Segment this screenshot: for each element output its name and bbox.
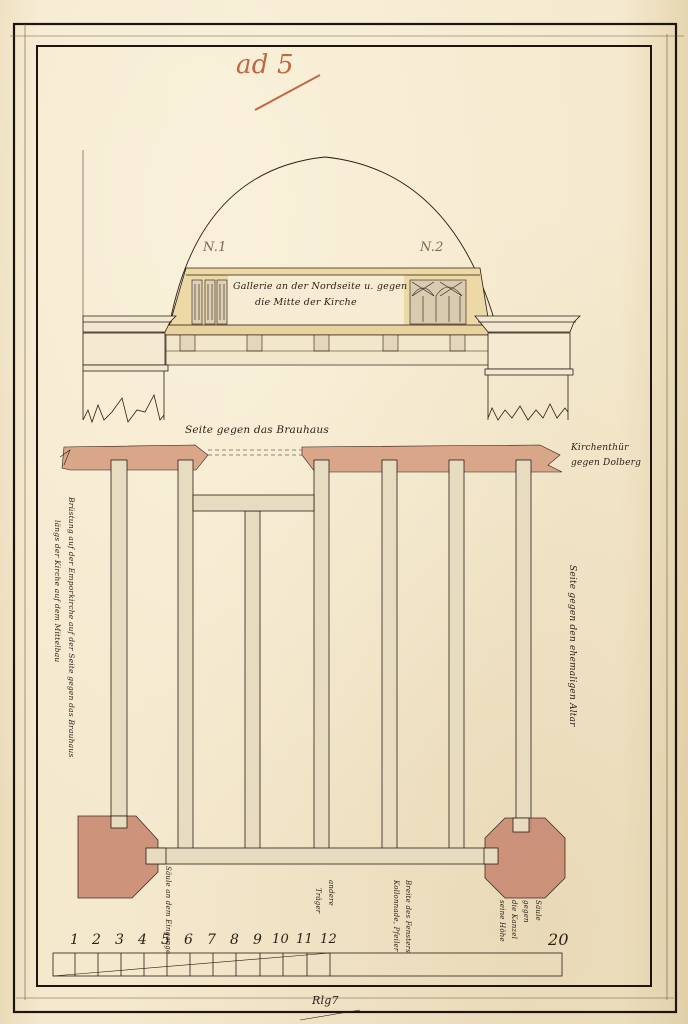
scale-tick-4: 4 (138, 932, 147, 948)
scale-tick-10: 10 (272, 932, 289, 947)
label-beam-right: Breite des Fensters (404, 880, 412, 953)
scale-tick-8: 8 (230, 932, 239, 948)
plan-top-right-label-line1: Kirchenthür (571, 443, 629, 453)
scale-tick-12: 12 (320, 932, 337, 947)
architectural-drawing (0, 0, 688, 1024)
left-wall-cornice (83, 150, 176, 422)
gallery-label-line1: Gallerie an der Nordseite u. gegen (233, 281, 407, 292)
left-vertical-label-line2: längs der Kirche auf dem Mittelbau (53, 520, 62, 662)
scale-tick-3: 3 (115, 932, 124, 948)
plan-beams (111, 460, 531, 864)
label-beam-middle-2: andere (327, 880, 335, 906)
scale-end-label: 20 (548, 930, 569, 949)
right-wall-cornice (475, 316, 580, 420)
plan-top-label: Seite gegen das Brauhaus (185, 424, 329, 436)
scale-tick-9: 9 (253, 932, 262, 948)
scale-tick-7: 7 (207, 932, 216, 948)
scale-tick-1: 1 (70, 932, 79, 948)
tracery-right (410, 280, 466, 324)
marker-n1: N.1 (203, 240, 227, 255)
gallery-label-line2: die Mitte der Kirche (255, 297, 357, 308)
plan-top-right-label-line2: gegen Dolberg (571, 458, 641, 468)
pillar-left (78, 816, 166, 898)
scale-tick-6: 6 (184, 932, 193, 948)
marker-n2: N.2 (420, 240, 444, 255)
scale-tick-2: 2 (92, 932, 101, 948)
right-vertical-label: Seite gegen den ehemaligen Altar (567, 565, 577, 727)
balusters-left (192, 280, 227, 324)
scale-tick-5: 5 (161, 932, 170, 948)
catalog-mark: ad 5 (236, 50, 294, 80)
catalog-mark-underline (255, 75, 320, 110)
label-beam-right-2: Kollonnade, Pfeiler (392, 880, 400, 951)
label-pillar-right-2: gegen (522, 900, 530, 923)
pillar-right (484, 818, 565, 898)
scale-tick-11: 11 (296, 932, 313, 947)
label-pillar-right-4: seine Höhe (498, 900, 506, 942)
label-pillar-right-3: die Kanzel (510, 900, 518, 939)
left-vertical-label-line1: Brüstung auf der Emporkirche auf der Sei… (67, 497, 76, 757)
label-pillar-right-1: Säule (534, 900, 542, 921)
scale-bar (53, 953, 562, 976)
plan-top-wall (60, 445, 562, 472)
bottom-signature: Rlg7 (312, 994, 339, 1007)
label-beam-middle: Träger (314, 888, 322, 913)
